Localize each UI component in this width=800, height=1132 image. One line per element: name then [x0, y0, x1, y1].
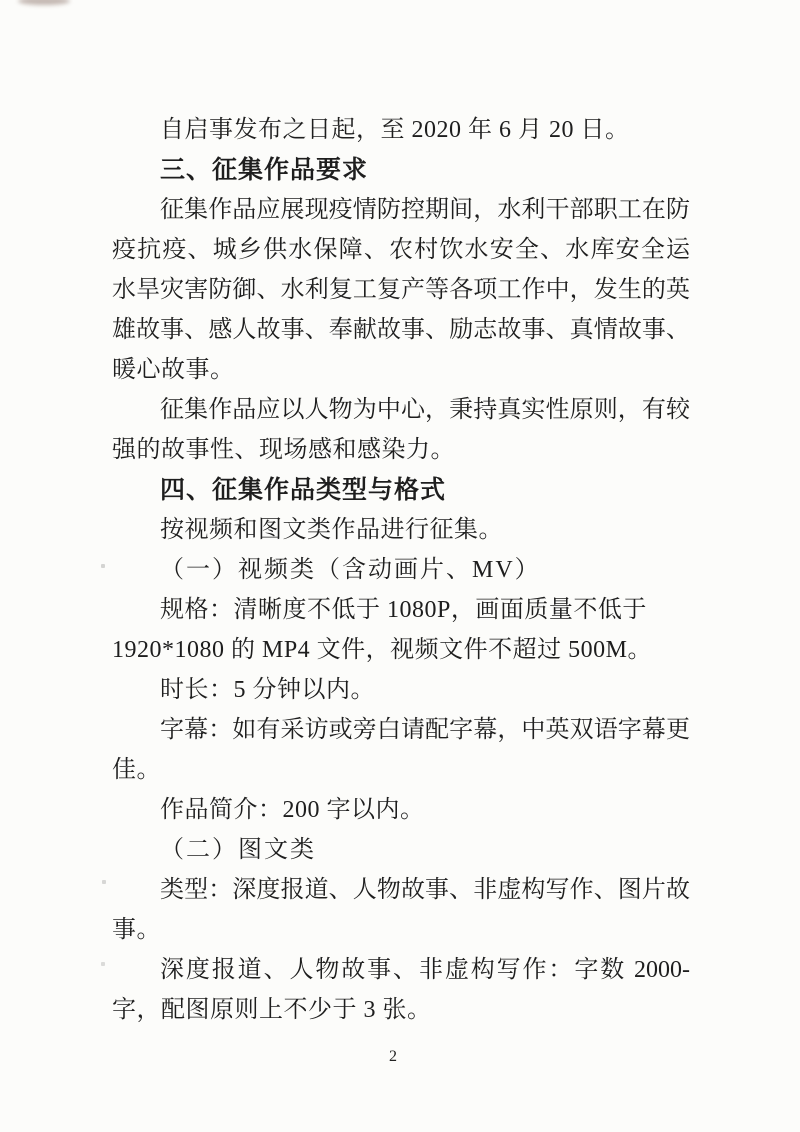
paragraph-line: 事。: [112, 910, 690, 950]
section-heading-3: 三、征集作品要求: [112, 150, 690, 190]
paragraph-line: 深度报道、人物故事、非虚构写作：字数 2000-15000: [112, 950, 690, 990]
scan-speckles: [101, 564, 105, 568]
paragraph-line: 暖心故事。: [112, 350, 690, 390]
paragraph-line: 1920*1080 的 MP4 文件，视频文件不超过 500M。: [112, 630, 690, 670]
section-heading-4: 四、征集作品类型与格式: [112, 470, 690, 510]
paragraph-line: 自启事发布之日起，至 2020 年 6 月 20 日。: [112, 110, 690, 150]
paragraph-line: 征集作品应展现疫情防控期间，水利干部职工在防: [112, 190, 690, 230]
paragraph-line: 按视频和图文类作品进行征集。: [112, 510, 690, 550]
paragraph-line: 字，配图原则上不少于 3 张。: [112, 990, 690, 1030]
paragraph-line: 强的故事性、现场感和感染力。: [112, 430, 690, 470]
document-page: 自启事发布之日起，至 2020 年 6 月 20 日。 三、征集作品要求 征集作…: [0, 0, 800, 1132]
paragraph-line: 征集作品应以人物为中心，秉持真实性原则，有较: [112, 390, 690, 430]
scan-smudge: [18, 0, 70, 5]
paragraph-line: 疫抗疫、城乡供水保障、农村饮水安全、水库安全运行、: [112, 230, 690, 270]
paragraph-line: 字幕：如有采访或旁白请配字幕，中英双语字幕更: [112, 710, 690, 750]
subsection-heading-video: （一）视频类（含动画片、MV）: [112, 550, 690, 590]
paragraph-line: 类型：深度报道、人物故事、非虚构写作、图片故: [112, 870, 690, 910]
paragraph-line: 佳。: [112, 750, 690, 790]
paragraph-line: 水旱灾害防御、水利复工复产等各项工作中，发生的英: [112, 270, 690, 310]
paragraph-line: 时长：5 分钟以内。: [112, 670, 690, 710]
subsection-heading-text: （二）图文类: [112, 830, 690, 870]
page-number: 2: [0, 1048, 786, 1066]
paragraph-line: 规格：清晰度不低于 1080P，画面质量不低于: [112, 590, 690, 630]
paragraph-line: 作品简介：200 字以内。: [112, 790, 690, 830]
document-content: 自启事发布之日起，至 2020 年 6 月 20 日。 三、征集作品要求 征集作…: [112, 110, 690, 1030]
paragraph-line: 雄故事、感人故事、奉献故事、励志故事、真情故事、: [112, 310, 690, 350]
